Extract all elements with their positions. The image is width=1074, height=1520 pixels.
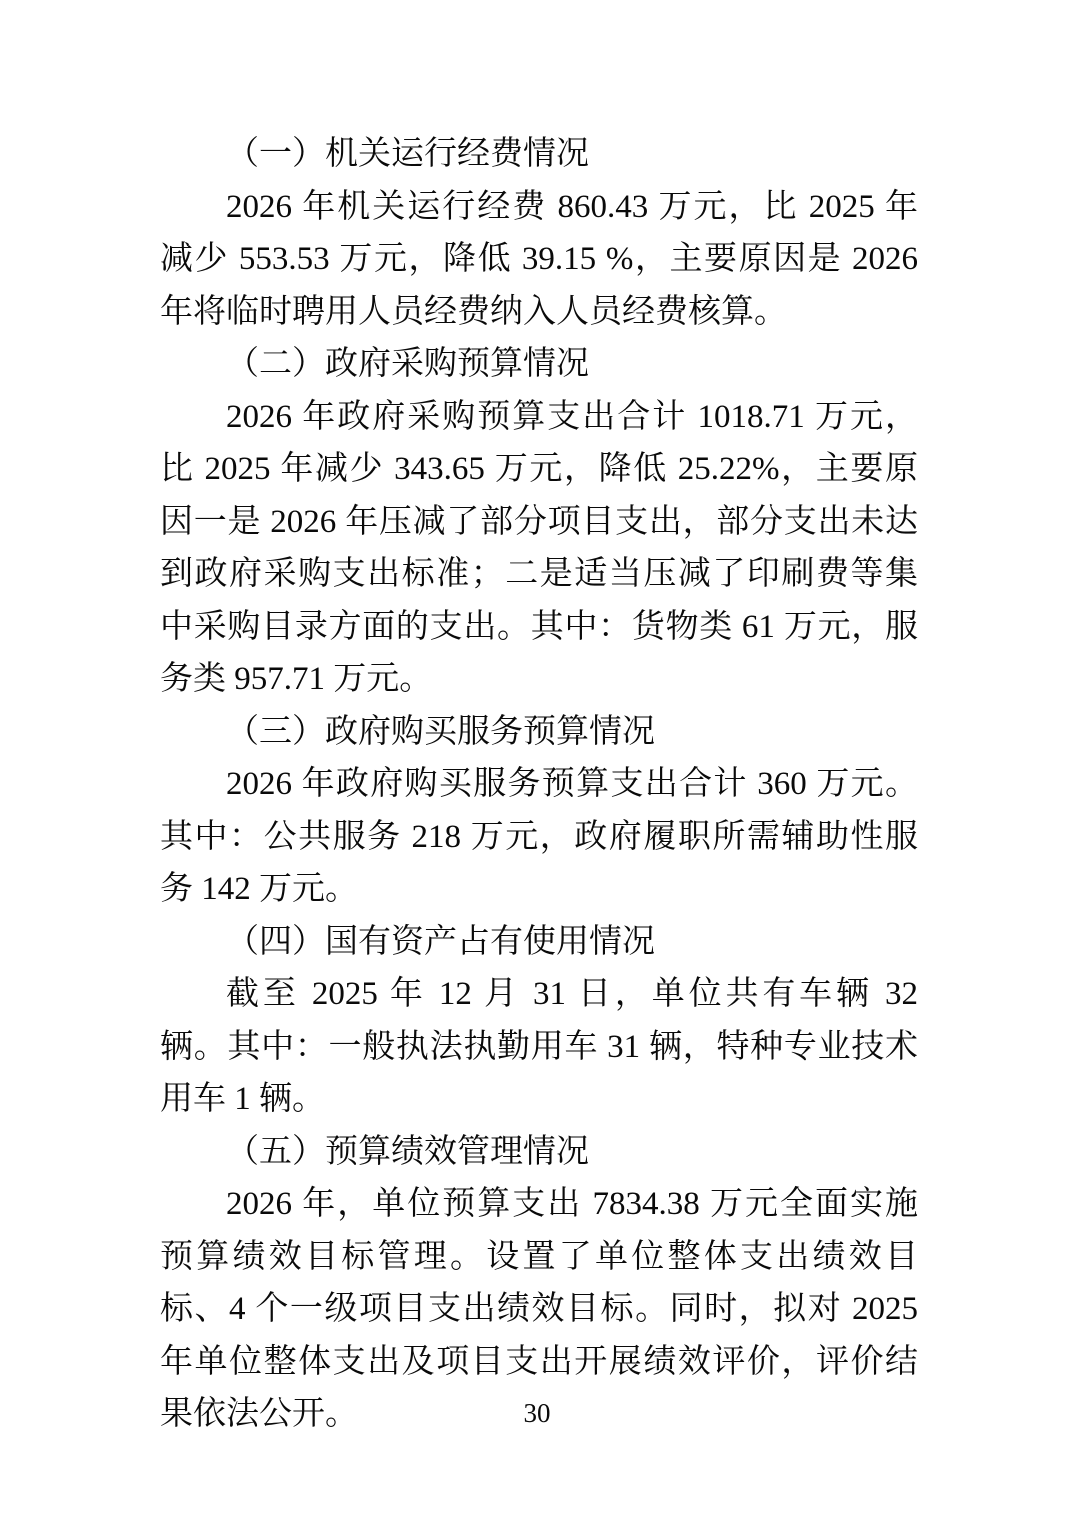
section-paragraph: 2026 年政府采购预算支出合计 1018.71 万元，比 2025 年减少 3… — [160, 391, 918, 706]
section-heading: （一）机关运行经费情况 — [160, 128, 918, 181]
document-body: （一）机关运行经费情况 2026 年机关运行经费 860.43 万元，比 202… — [160, 128, 918, 1441]
section-paragraph: 2026 年政府购买服务预算支出合计 360 万元。其中：公共服务 218 万元… — [160, 758, 918, 916]
section-government-procurement: （二）政府采购预算情况 2026 年政府采购预算支出合计 1018.71 万元，… — [160, 338, 918, 706]
section-heading: （五）预算绩效管理情况 — [160, 1126, 918, 1179]
section-paragraph: 截至 2025 年 12 月 31 日，单位共有车辆 32 辆。其中：一般执法执… — [160, 968, 918, 1126]
section-state-assets: （四）国有资产占有使用情况 截至 2025 年 12 月 31 日，单位共有车辆… — [160, 916, 918, 1126]
section-heading: （二）政府采购预算情况 — [160, 338, 918, 391]
section-purchased-services: （三）政府购买服务预算情况 2026 年政府购买服务预算支出合计 360 万元。… — [160, 706, 918, 916]
section-budget-performance: （五）预算绩效管理情况 2026 年，单位预算支出 7834.38 万元全面实施… — [160, 1126, 918, 1441]
section-paragraph: 2026 年机关运行经费 860.43 万元，比 2025 年减少 553.53… — [160, 181, 918, 339]
document-page: （一）机关运行经费情况 2026 年机关运行经费 860.43 万元，比 202… — [0, 0, 1074, 1520]
page-number: 30 — [0, 1396, 1074, 1430]
section-heading: （四）国有资产占有使用情况 — [160, 916, 918, 969]
section-heading: （三）政府购买服务预算情况 — [160, 706, 918, 759]
section-agency-operating-costs: （一）机关运行经费情况 2026 年机关运行经费 860.43 万元，比 202… — [160, 128, 918, 338]
